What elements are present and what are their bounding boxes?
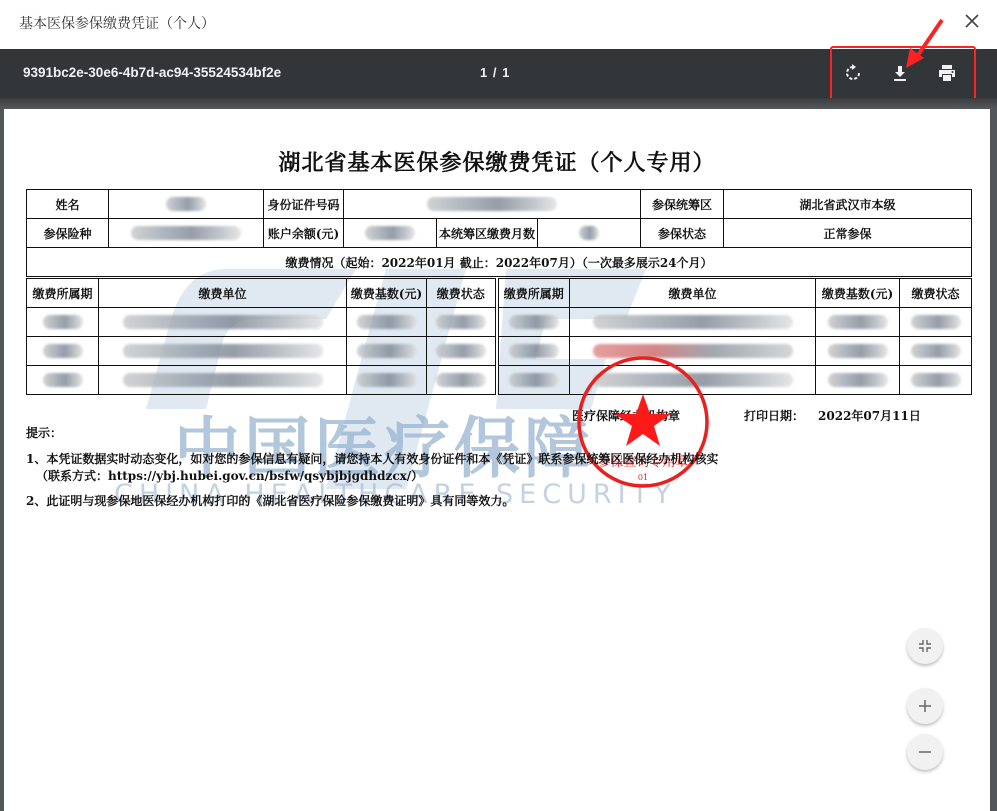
col-unit: 缴费单位 bbox=[99, 279, 347, 308]
payment-table: 缴费所属期 缴费单位 缴费基数(元) 缴费状态 缴费所属期 缴费单位 缴费基数(… bbox=[26, 278, 972, 395]
name-label: 姓名 bbox=[27, 190, 109, 219]
redacted-cell bbox=[509, 373, 559, 387]
status-label: 参保状态 bbox=[641, 219, 724, 248]
payment-summary: 缴费情况（起始：2022年01月 截止：2022年07月）（一次最多展示24个月… bbox=[27, 248, 972, 277]
col-status-2: 缴费状态 bbox=[900, 279, 972, 308]
table-row bbox=[27, 337, 972, 366]
redacted-cell bbox=[828, 373, 888, 387]
redacted-cell bbox=[357, 373, 417, 387]
col-unit-2: 缴费单位 bbox=[570, 279, 816, 308]
payment-header-row: 缴费所属期 缴费单位 缴费基数(元) 缴费状态 缴费所属期 缴费单位 缴费基数(… bbox=[27, 279, 972, 308]
zoom-out-icon bbox=[917, 744, 933, 760]
notes-title: 提示： bbox=[26, 425, 718, 442]
col-status: 缴费状态 bbox=[427, 279, 497, 308]
print-date-label: 打印日期： bbox=[744, 409, 804, 423]
redacted-name bbox=[166, 197, 206, 211]
redacted-cell bbox=[509, 315, 559, 329]
redacted-id bbox=[427, 197, 557, 211]
redacted-cell bbox=[436, 344, 486, 358]
print-date: 打印日期：2022年07月11日 bbox=[744, 407, 921, 424]
status-value: 正常参保 bbox=[724, 219, 972, 248]
col-base-2: 缴费基数(元) bbox=[816, 279, 900, 308]
id-label: 身份证件号码 bbox=[264, 190, 344, 219]
download-icon bbox=[888, 61, 912, 85]
redacted-months bbox=[579, 226, 599, 240]
zoom-out-button[interactable] bbox=[907, 734, 943, 770]
redacted-cell bbox=[509, 344, 559, 358]
balance-value bbox=[344, 219, 437, 248]
redacted-cell bbox=[357, 315, 417, 329]
page-indicator: 1 / 1 bbox=[480, 65, 510, 80]
zoom-in-button[interactable] bbox=[907, 688, 943, 724]
region-value: 湖北省武汉市本级 bbox=[724, 190, 972, 219]
print-date-value: 2022年07月11日 bbox=[818, 409, 921, 423]
insurance-type-label: 参保险种 bbox=[27, 219, 109, 248]
seal-label: 医疗保障经办机构章 bbox=[572, 407, 680, 424]
redacted-balance bbox=[365, 226, 415, 240]
name-value bbox=[109, 190, 264, 219]
note-2: 2、此证明与现参保地医保经办机构打印的《湖北省医疗保险参保缴费证明》具有同等效力… bbox=[26, 493, 718, 510]
print-icon bbox=[935, 61, 959, 85]
col-base: 缴费基数(元) bbox=[347, 279, 427, 308]
months-value bbox=[538, 219, 641, 248]
notes-section: 提示： 1、本凭证数据实时动态变化，如对您的参保信息有疑问，请您持本人有效身份证… bbox=[26, 425, 718, 510]
rotate-icon bbox=[841, 61, 865, 85]
redacted-cell bbox=[123, 315, 323, 329]
redacted-cell bbox=[436, 373, 486, 387]
redacted-cell bbox=[911, 344, 961, 358]
col-period: 缴费所属期 bbox=[27, 279, 99, 308]
table-row bbox=[27, 366, 972, 395]
pdf-page: 中国医疗保障 CHINA HEALTHCARE SECURITY 湖北省基本医保… bbox=[4, 109, 990, 811]
personal-info-table: 姓名 身份证件号码 参保统筹区 湖北省武汉市本级 参保险种 账户余额(元) 本统… bbox=[26, 189, 972, 277]
redacted-cell bbox=[43, 373, 83, 387]
redacted-cell bbox=[436, 315, 486, 329]
dialog-header: 基本医保参保缴费凭证（个人） bbox=[0, 0, 997, 49]
file-name: 9391bc2e-30e6-4b7d-ac94-35524534bf2e bbox=[23, 65, 281, 80]
document-title: 湖北省基本医保参保缴费凭证（个人专用） bbox=[4, 146, 990, 177]
rotate-button[interactable] bbox=[841, 61, 865, 85]
redacted-cell bbox=[43, 344, 83, 358]
note-1-contact: （联系方式：https://ybj.hubei.gov.cn/bsfw/qsyb… bbox=[36, 468, 718, 485]
fit-to-page-button[interactable] bbox=[907, 628, 943, 664]
redacted-cell bbox=[123, 344, 323, 358]
redacted-cell bbox=[123, 373, 323, 387]
months-label: 本统筹区缴费月数 bbox=[437, 219, 538, 248]
viewer-shadow bbox=[0, 98, 997, 108]
redacted-cell bbox=[911, 373, 961, 387]
close-button[interactable] bbox=[961, 10, 983, 32]
zoom-in-icon bbox=[917, 698, 933, 714]
region-label: 参保统筹区 bbox=[641, 190, 724, 219]
fit-to-page-icon bbox=[917, 638, 933, 654]
redacted-cell bbox=[828, 315, 888, 329]
redacted-insurance-type bbox=[131, 226, 241, 240]
print-button[interactable] bbox=[935, 61, 959, 85]
redacted-cell bbox=[593, 315, 793, 329]
balance-label: 账户余额(元) bbox=[264, 219, 344, 248]
note-1: 1、本凭证数据实时动态变化，如对您的参保信息有疑问，请您持本人有效身份证件和本《… bbox=[26, 451, 718, 468]
download-button[interactable] bbox=[888, 61, 912, 85]
redacted-cell bbox=[43, 315, 83, 329]
pdf-toolbar: 9391bc2e-30e6-4b7d-ac94-35524534bf2e 1 /… bbox=[0, 49, 997, 98]
redacted-cell bbox=[593, 373, 793, 387]
table-row bbox=[27, 308, 972, 337]
insurance-type-value bbox=[109, 219, 264, 248]
redacted-cell bbox=[593, 344, 793, 358]
dialog-title: 基本医保参保缴费凭证（个人） bbox=[19, 13, 215, 33]
close-icon bbox=[961, 10, 983, 32]
redacted-cell bbox=[828, 344, 888, 358]
redacted-cell bbox=[911, 315, 961, 329]
col-period-2: 缴费所属期 bbox=[497, 279, 570, 308]
redacted-cell bbox=[357, 344, 417, 358]
id-value bbox=[344, 190, 641, 219]
